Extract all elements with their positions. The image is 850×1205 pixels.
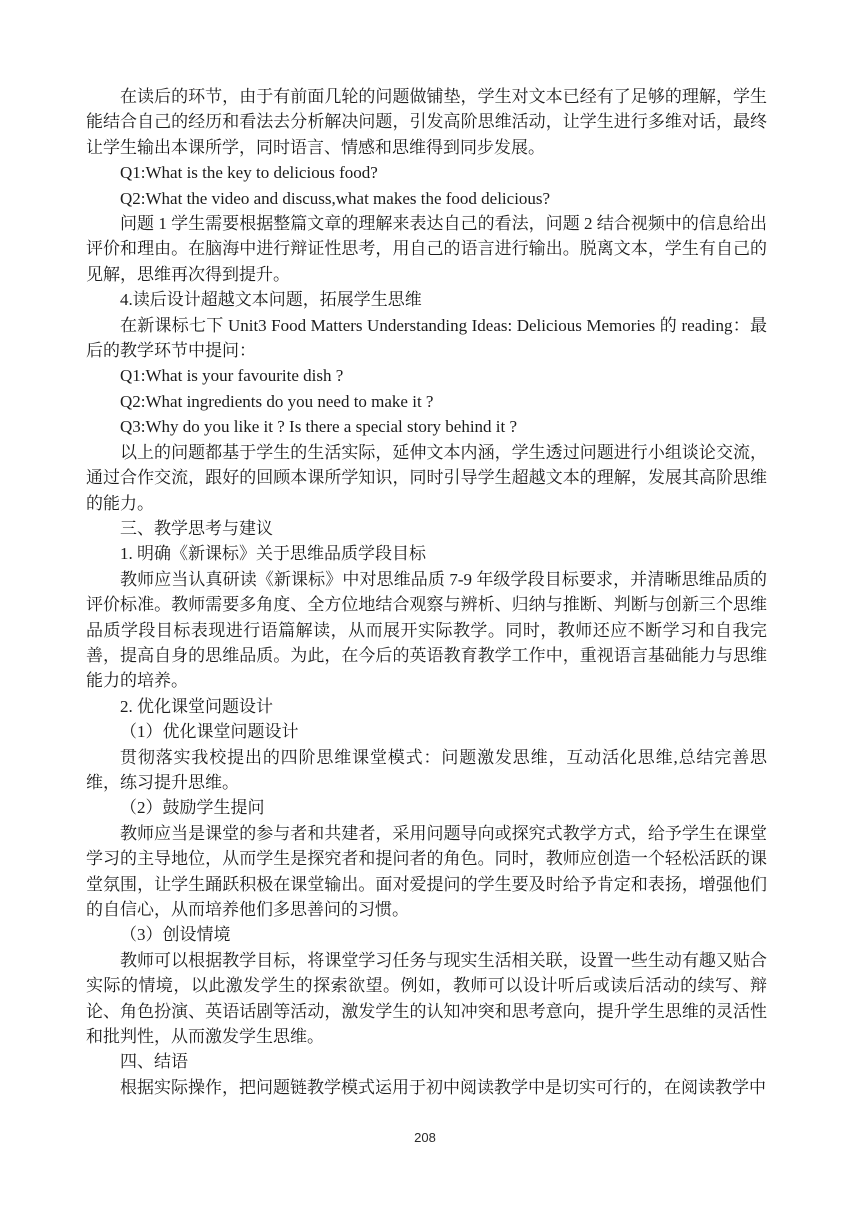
question-line: Q1:What is the key to delicious food? <box>86 160 767 185</box>
body-paragraph: 贯彻落实我校提出的四阶思维课堂模式：问题激发思维，互动活化思维,总结完善思维，练… <box>86 745 767 796</box>
body-paragraph: 在新课标七下 Unit3 Food Matters Understanding … <box>86 313 767 364</box>
question-line: Q1:What is your favourite dish ? <box>86 363 767 388</box>
document-page: 在读后的环节，由于有前面几轮的问题做铺垫，学生对文本已经有了足够的理解，学生能结… <box>0 0 850 1205</box>
section-heading: （1）优化课堂问题设计 <box>86 719 767 744</box>
document-body: 在读后的环节，由于有前面几轮的问题做铺垫，学生对文本已经有了足够的理解，学生能结… <box>86 84 767 1100</box>
section-heading: 1. 明确《新课标》关于思维品质学段目标 <box>86 541 767 566</box>
page-number: 208 <box>0 1130 850 1145</box>
section-heading: （3）创设情境 <box>86 922 767 947</box>
body-paragraph: 教师可以根据教学目标，将课堂学习任务与现实生活相关联，设置一些生动有趣又贴合实际… <box>86 948 767 1050</box>
question-line: Q2:What the video and discuss,what makes… <box>86 186 767 211</box>
body-paragraph: 问题 1 学生需要根据整篇文章的理解来表达自己的看法，问题 2 结合视频中的信息… <box>86 211 767 287</box>
body-paragraph: 教师应当认真研读《新课标》中对思维品质 7-9 年级学段目标要求，并清晰思维品质… <box>86 567 767 694</box>
body-paragraph: 在读后的环节，由于有前面几轮的问题做铺垫，学生对文本已经有了足够的理解，学生能结… <box>86 84 767 160</box>
body-paragraph: 教师应当是课堂的参与者和共建者，采用问题导向或探究式教学方式，给予学生在课堂学习… <box>86 821 767 923</box>
body-paragraph: 根据实际操作，把问题链教学模式运用于初中阅读教学中是切实可行的，在阅读教学中 <box>86 1075 767 1100</box>
question-line: Q2:What ingredients do you need to make … <box>86 389 767 414</box>
body-paragraph: 以上的问题都基于学生的生活实际，延伸文本内涵，学生透过问题进行小组谈论交流，通过… <box>86 440 767 516</box>
section-heading: 三、教学思考与建议 <box>86 516 767 541</box>
section-heading: （2）鼓励学生提问 <box>86 795 767 820</box>
section-heading: 2. 优化课堂问题设计 <box>86 694 767 719</box>
section-heading: 四、结语 <box>86 1049 767 1074</box>
question-line: Q3:Why do you like it ? Is there a speci… <box>86 414 767 439</box>
section-heading: 4.读后设计超越文本问题，拓展学生思维 <box>86 287 767 312</box>
